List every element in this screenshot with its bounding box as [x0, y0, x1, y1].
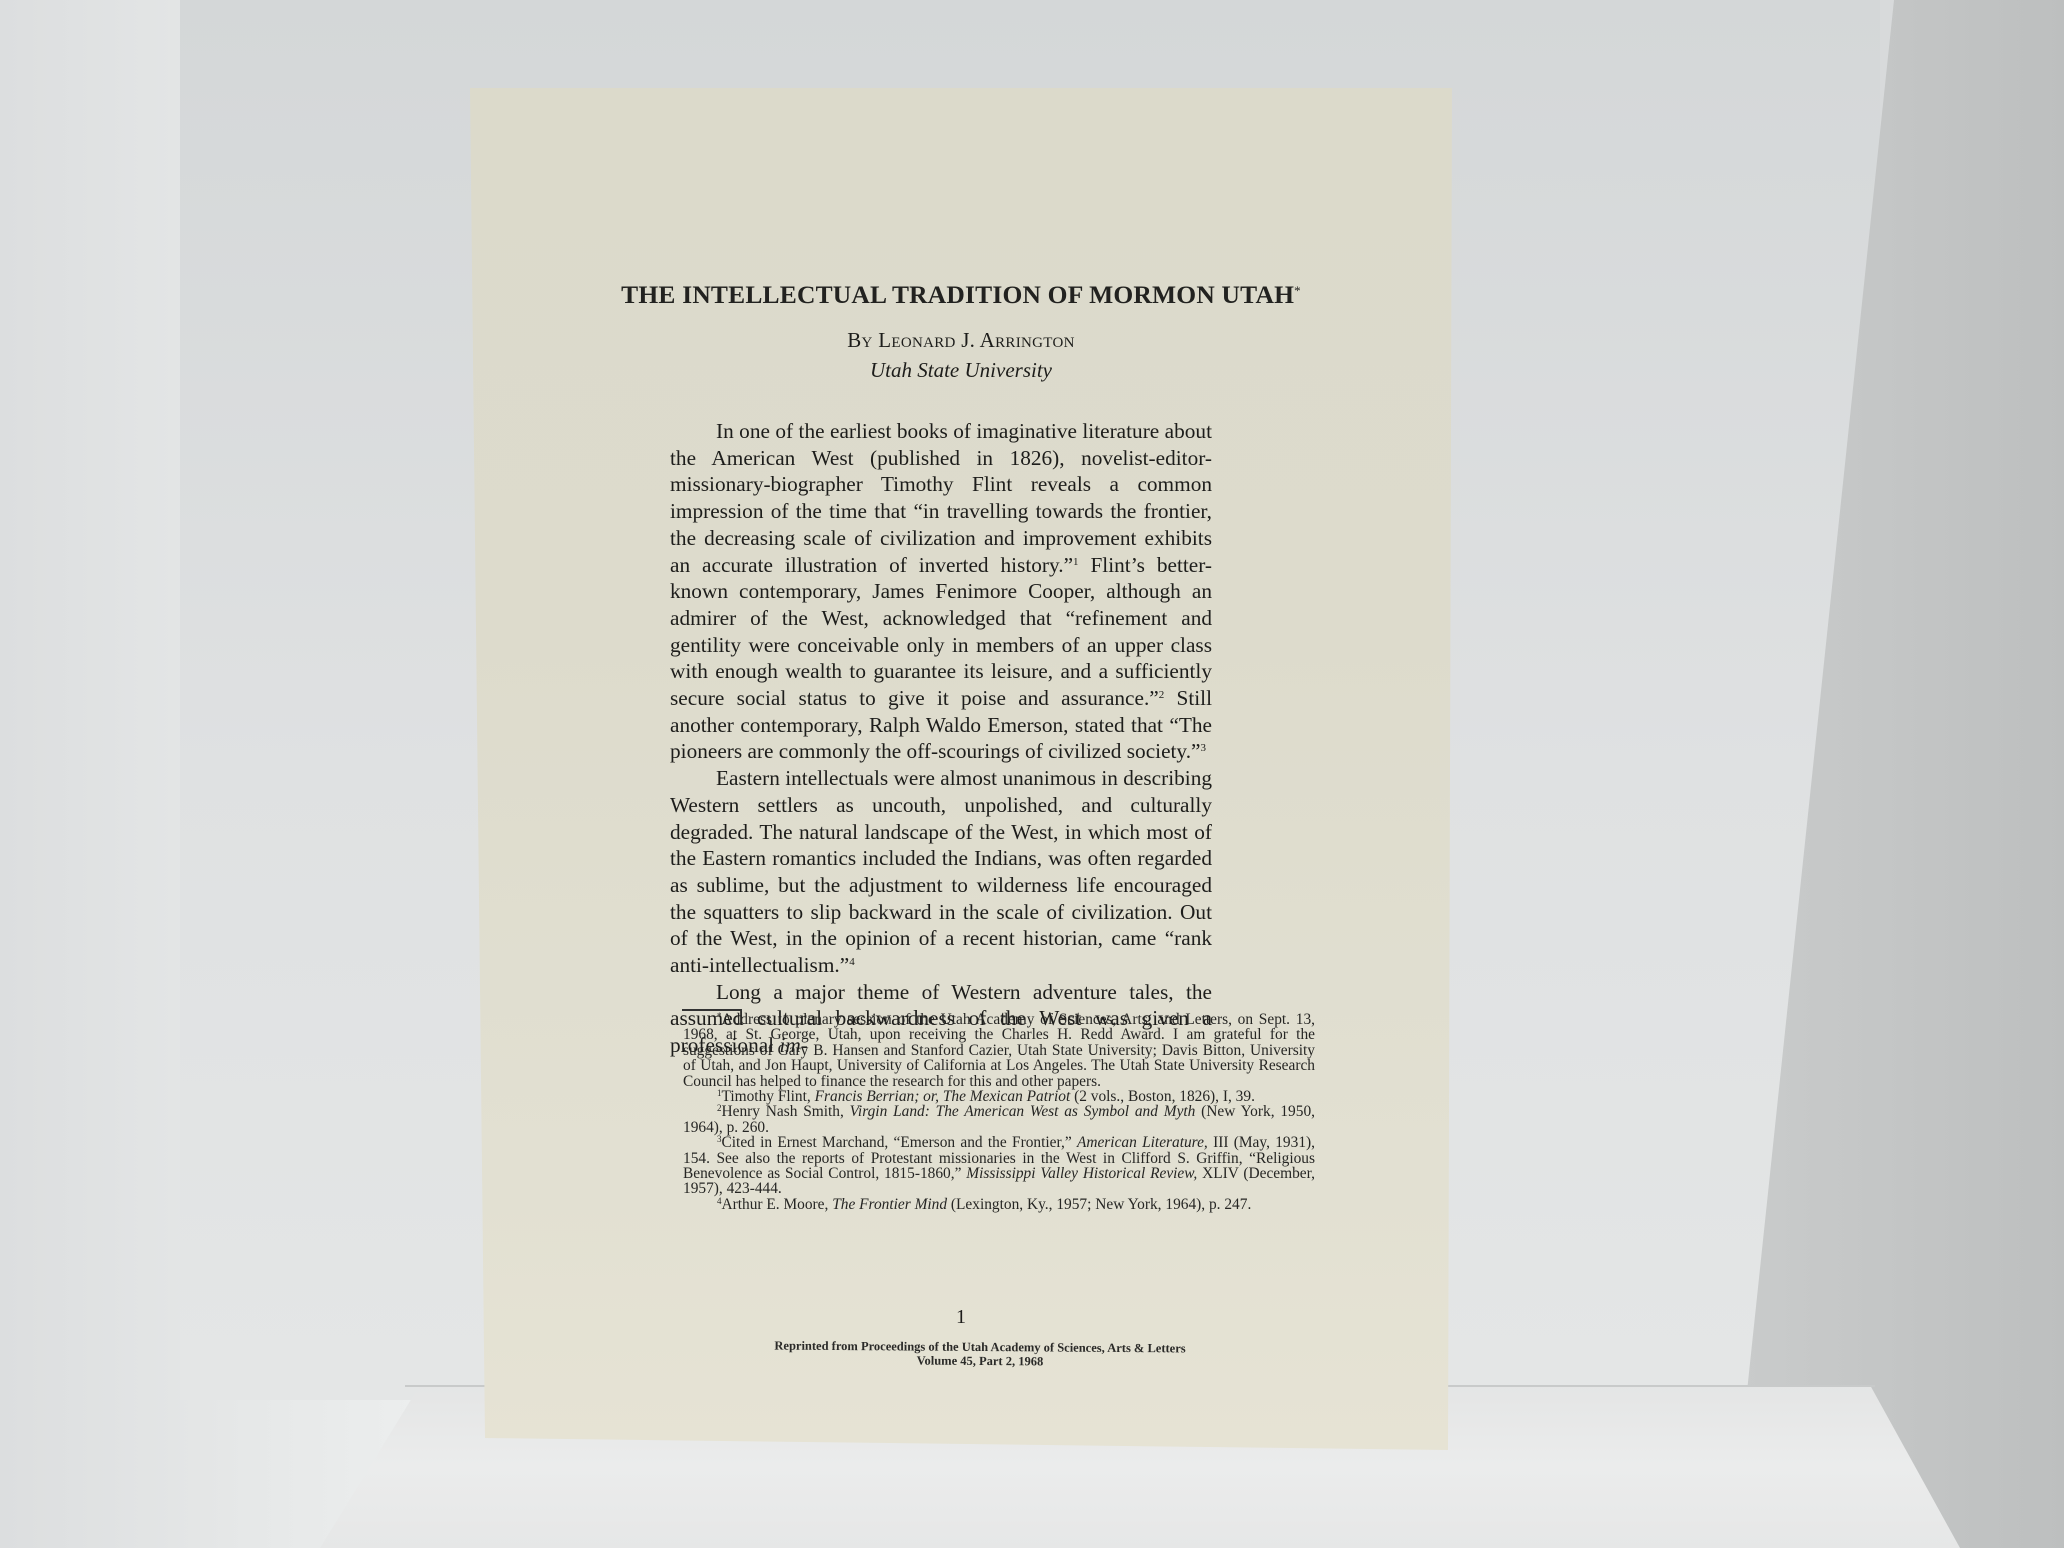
body-paragraph: Eastern intellectuals were almost unanim…: [670, 765, 1212, 979]
reprint-volume: Volume 45, Part 2, 1968: [670, 1352, 1290, 1370]
title-footnote-marker: *: [1294, 283, 1301, 298]
text-run: Eastern intellectuals were almost unanim…: [670, 766, 1212, 977]
body-paragraph: In one of the earliest books of imaginat…: [670, 418, 1212, 765]
text-run: Address to plenary session of the Utah A…: [683, 1011, 1315, 1090]
footnote: 3Cited in Ernest Marchand, “Emerson and …: [683, 1135, 1315, 1197]
author-byline: By Leonard J. Arrington: [470, 328, 1452, 353]
footnote: 2Henry Nash Smith, Virgin Land: The Amer…: [683, 1104, 1315, 1135]
article-body: In one of the earliest books of imaginat…: [670, 418, 1212, 1059]
footnotes: *Address to plenary session of the Utah …: [683, 1012, 1315, 1212]
author-affiliation: Utah State University: [470, 358, 1452, 383]
footnote: 1Timothy Flint, Francis Berrian; or, The…: [683, 1089, 1315, 1104]
text-run: Arthur E. Moore,: [722, 1196, 833, 1213]
italic-text: The Frontier Mind: [832, 1196, 947, 1213]
page-content: THE INTELLECTUAL TRADITION OF MORMON UTA…: [470, 88, 1452, 1450]
article-title-text: THE INTELLECTUAL TRADITION OF MORMON UTA…: [621, 280, 1294, 309]
page-number: 1: [470, 1306, 1452, 1329]
italic-text: Virgin Land: The American West as Symbol…: [850, 1103, 1196, 1120]
text-run: (Lexington, Ky., 1957; New York, 1964), …: [947, 1196, 1251, 1213]
footnote: 4Arthur E. Moore, The Frontier Mind (Lex…: [683, 1197, 1315, 1212]
printed-page: THE INTELLECTUAL TRADITION OF MORMON UTA…: [470, 88, 1452, 1450]
article-title: THE INTELLECTUAL TRADITION OF MORMON UTA…: [470, 280, 1452, 310]
footnote-ref: 4: [849, 956, 855, 968]
footnote: *Address to plenary session of the Utah …: [683, 1012, 1315, 1089]
italic-text: Mississippi Valley Historical Review,: [966, 1165, 1197, 1182]
reprint-notice: Reprinted from Proceedings of the Utah A…: [670, 1338, 1290, 1370]
footnote-ref: 3: [1200, 742, 1206, 754]
